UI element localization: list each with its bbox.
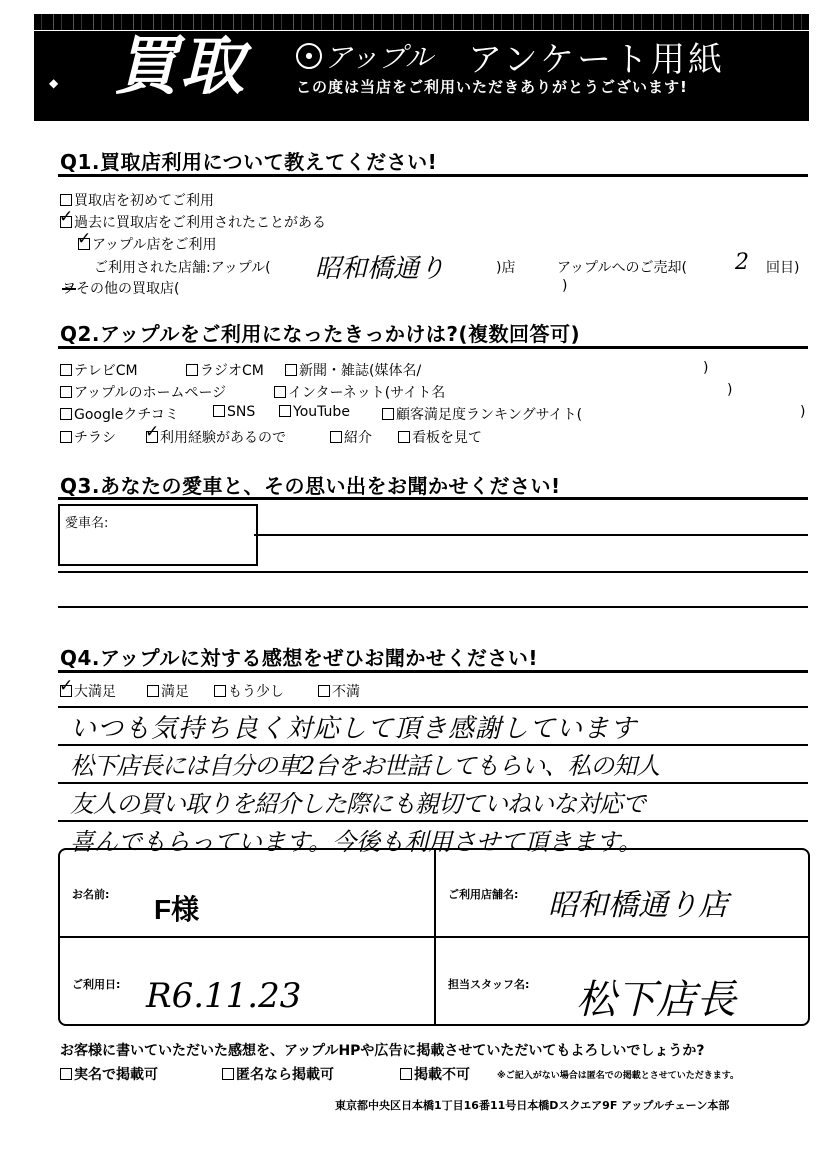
- date-value[interactable]: R6.11.23: [146, 976, 301, 1016]
- q2-option-radio[interactable]: ラジオCM: [186, 360, 264, 380]
- permission-not-allowed[interactable]: 掲載不可: [400, 1064, 470, 1084]
- car-name-field[interactable]: 愛車名:: [58, 504, 258, 566]
- option-label: 過去に買取店をご利用されたことがある: [74, 215, 326, 231]
- checkbox[interactable]: [279, 405, 291, 417]
- form-title: アンケート用紙: [468, 32, 725, 81]
- checkbox-checked[interactable]: [146, 431, 158, 443]
- date-label: ご利用日:: [72, 976, 120, 992]
- staff-label: 担当スタッフ名:: [448, 976, 529, 992]
- q2-option-homepage[interactable]: アップルのホームページ: [60, 382, 226, 402]
- option-label: インターネット(サイト名: [288, 385, 445, 401]
- option-label: 看板を見て: [412, 430, 482, 446]
- company-address: 東京都中央区日本橋1丁目16番11号日本橋Dスクエア9F アップルチェーン本部: [335, 1097, 729, 1113]
- option-label: 満足: [161, 684, 189, 700]
- name-label: お名前:: [72, 886, 109, 902]
- q2-option-referral[interactable]: 紹介: [330, 427, 372, 447]
- car-name-label: 愛車名:: [65, 512, 108, 531]
- checkbox[interactable]: [382, 408, 394, 420]
- q1-option-other[interactable]: ヲその他の買取店(: [62, 278, 179, 298]
- q2-option-newspaper[interactable]: 新聞・雑誌(媒体名/: [285, 360, 421, 380]
- checkbox[interactable]: [213, 405, 225, 417]
- checkbox[interactable]: [147, 685, 159, 697]
- q2-ranking-close: ): [800, 404, 805, 420]
- q2-option-sns[interactable]: SNS: [213, 404, 255, 420]
- header-scan-noise: [34, 14, 809, 31]
- option-label: 紹介: [344, 430, 372, 446]
- q3-writing-line: [58, 571, 808, 573]
- q2-option-ranking[interactable]: 顧客満足度ランキングサイト(: [382, 404, 582, 424]
- checkbox[interactable]: [60, 431, 72, 443]
- option-label: YouTube: [293, 404, 350, 420]
- q2-option-internet[interactable]: インターネット(サイト名: [274, 382, 445, 402]
- q2-option-tv[interactable]: テレビCM: [60, 360, 138, 380]
- info-divider-horizontal: [60, 936, 808, 938]
- checkbox[interactable]: [60, 386, 72, 398]
- q1-store-suffix: )店: [496, 257, 515, 277]
- bullet-icon: ◆: [49, 76, 58, 90]
- checkbox[interactable]: [222, 1068, 234, 1080]
- option-label: アップル店をご利用: [92, 237, 216, 253]
- q1-option-first-time[interactable]: 買取店を初めてご利用: [60, 190, 214, 210]
- q3-heading: Q3.あなたの愛車と、その思い出をお聞かせください!: [60, 470, 561, 499]
- q2-internet-close: ): [727, 382, 732, 398]
- q1-sales-label: アップルへのご売却(: [557, 257, 687, 277]
- q4-heading: Q4.アップルに対する感想をぜひお聞かせください!: [60, 642, 538, 671]
- checkbox[interactable]: [330, 431, 342, 443]
- checkbox[interactable]: [318, 685, 330, 697]
- option-label: アップルのホームページ: [74, 385, 226, 401]
- checkbox[interactable]: [60, 194, 72, 206]
- option-label: もう少し: [228, 684, 284, 700]
- q4-rule: [58, 670, 808, 673]
- permission-real-name[interactable]: 実名で掲載可: [60, 1064, 158, 1084]
- option-label: チラシ: [74, 430, 116, 446]
- permission-anonymous[interactable]: 匿名なら掲載可: [222, 1064, 334, 1084]
- option-label: SNS: [227, 404, 255, 420]
- option-label: 新聞・雑誌(媒体名/: [299, 363, 421, 379]
- q1-heading: Q1.買取店利用について教えてください!: [60, 146, 437, 175]
- q4-rating-somewhat[interactable]: もう少し: [214, 681, 284, 701]
- q1-store-value[interactable]: 昭和橋通り: [315, 248, 445, 285]
- checkbox[interactable]: [398, 431, 410, 443]
- checkbox[interactable]: [400, 1068, 412, 1080]
- q4-comment-line-4[interactable]: 喜んでもらっています。今後も利用させて頂きます。: [70, 822, 642, 857]
- q2-option-flyer[interactable]: チラシ: [60, 427, 116, 447]
- checkbox-checked[interactable]: [60, 685, 72, 697]
- q2-option-past-experience[interactable]: 利用経験があるので: [146, 427, 286, 447]
- form-subtitle: この度は当店をご利用いただきありがとうございます!: [296, 76, 688, 97]
- q4-comment-line-3[interactable]: 友人の買い取りを紹介した際にも親切ていねいな対応で: [70, 784, 645, 819]
- q2-option-youtube[interactable]: YouTube: [279, 404, 350, 420]
- q2-newspaper-close: ): [703, 360, 708, 376]
- option-label: ラジオCM: [200, 363, 264, 379]
- q1-sales-suffix: 回目): [766, 257, 799, 277]
- q4-comment-line-2[interactable]: 松下店長には自分の車2台をお世話してもらい、私の知人: [70, 746, 659, 781]
- checkbox[interactable]: [186, 364, 198, 376]
- option-label: 実名で掲載可: [74, 1067, 158, 1083]
- q1-option-apple-store[interactable]: アップル店をご利用: [78, 234, 216, 254]
- option-label: テレビCM: [74, 363, 138, 379]
- option-label: 不満: [332, 684, 360, 700]
- checkbox[interactable]: [60, 408, 72, 420]
- q2-heading: Q2.アップルをご利用になったきっかけは?(複数回答可): [60, 318, 580, 347]
- q1-option-past-use[interactable]: 過去に買取店をご利用されたことがある: [60, 212, 326, 232]
- checkbox[interactable]: [285, 364, 297, 376]
- checkbox-checked[interactable]: [78, 238, 90, 250]
- option-label: 顧客満足度ランキングサイト(: [396, 407, 582, 423]
- q1-rule: [58, 174, 808, 177]
- store-name-value[interactable]: 昭和橋通り店: [548, 880, 728, 924]
- option-label: 利用経験があるので: [160, 430, 286, 446]
- option-label: その他の買取店(: [76, 281, 179, 297]
- form-header: ◆ 買取 ● アップル アンケート用紙 この度は当店をご利用いただきありがとうご…: [34, 14, 809, 121]
- q4-rating-dissatisfied[interactable]: 不満: [318, 681, 360, 701]
- q1-other-close: ): [562, 278, 567, 294]
- checkbox[interactable]: [60, 1068, 72, 1080]
- q2-option-signboard[interactable]: 看板を見て: [398, 427, 482, 447]
- apple-fruit-icon: ●: [296, 43, 322, 69]
- q2-option-google[interactable]: Googleクチコミ: [60, 404, 179, 424]
- permission-note: ※ご記入がない場合は匿名での掲載とさせていただきます。: [497, 1068, 739, 1081]
- option-label: 匿名なら掲載可: [236, 1067, 334, 1083]
- option-label: 買取店を初めてご利用: [74, 193, 214, 209]
- q1-sales-value[interactable]: 2: [735, 250, 749, 275]
- q4-rating-satisfied[interactable]: 満足: [147, 681, 189, 701]
- kaitori-logo: 買取: [114, 32, 246, 102]
- option-label: Googleクチコミ: [74, 407, 179, 423]
- q4-rating-very-satisfied[interactable]: 大満足: [60, 681, 116, 701]
- checkbox[interactable]: [214, 685, 226, 697]
- q1-store-label: ご利用された店舗:アップル(: [94, 257, 271, 277]
- option-label: 大満足: [74, 684, 116, 700]
- struck-checkbox-icon: ヲ: [62, 281, 76, 297]
- brand-name: アップル: [324, 36, 433, 76]
- permission-question: お客様に書いていただいた感想を、アップルHPや広告に掲載させていただいてもよろし…: [60, 1040, 705, 1060]
- staff-value[interactable]: 松下店長: [576, 968, 736, 1025]
- option-label: 掲載不可: [414, 1067, 470, 1083]
- q3-writing-line: [58, 606, 808, 608]
- q3-rule: [58, 497, 808, 500]
- store-name-label: ご利用店舗名:: [448, 886, 518, 902]
- checkbox[interactable]: [60, 364, 72, 376]
- q4-comment-line-1[interactable]: いつも気持ち良く対応して頂き感謝しています: [70, 708, 637, 745]
- customer-info-box: お名前: F様 ご利用店舗名: 昭和橋通り店 ご利用日: R6.11.23 担当…: [58, 848, 810, 1026]
- name-value[interactable]: F様: [154, 888, 199, 928]
- checkbox-checked[interactable]: [60, 216, 72, 228]
- q2-rule: [58, 346, 808, 349]
- checkbox[interactable]: [274, 386, 286, 398]
- q3-writing-line: [254, 534, 808, 536]
